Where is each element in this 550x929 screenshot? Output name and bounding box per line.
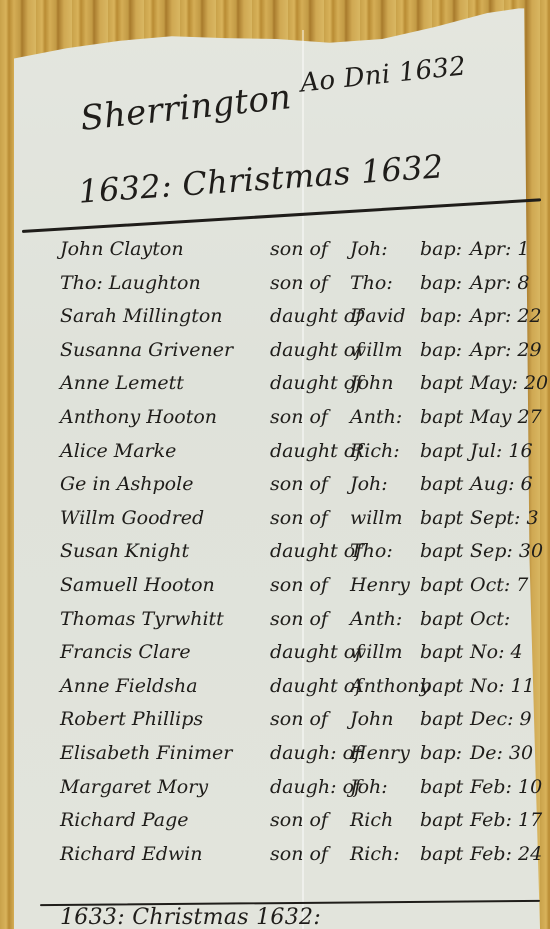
child-name: Margaret Mory — [60, 776, 208, 798]
relation: daugh: of — [270, 742, 361, 764]
parent-name: Rich: — [350, 843, 400, 865]
baptism-entries: John Claytonson ofJoh:bap:Apr: 1 Tho: La… — [60, 238, 540, 876]
entry-row: Margaret Morydaugh: ofJoh:baptFeb: 10 — [60, 776, 540, 810]
relation: son of — [270, 473, 328, 495]
relation: son of — [270, 809, 328, 831]
relation: daught of — [270, 305, 362, 327]
baptism-date: Aug: 6 — [470, 473, 533, 495]
relation: son of — [270, 507, 328, 529]
baptized-label: bapt — [420, 473, 463, 495]
baptism-date: Feb: 17 — [470, 809, 542, 831]
baptism-date: No: 4 — [470, 641, 523, 663]
baptism-date: Oct: 7 — [470, 574, 528, 596]
child-name: Alice Marke — [60, 440, 176, 462]
child-name: Elisabeth Finimer — [60, 742, 232, 764]
child-name: Richard Page — [60, 809, 189, 831]
parent-name: Rich — [350, 809, 393, 831]
parent-name: Henry — [350, 742, 410, 764]
relation: son of — [270, 708, 328, 730]
child-name: Ge in Ashpole — [60, 473, 193, 495]
baptism-date: May 27 — [470, 406, 542, 428]
entry-row: Richard Edwinson ofRich:baptFeb: 24 — [60, 843, 540, 877]
baptized-label: bap: — [420, 742, 462, 764]
baptized-label: bapt — [420, 440, 463, 462]
child-name: Susan Knight — [60, 540, 189, 562]
entry-row: Susan Knightdaught ofTho:baptSep: 30 — [60, 540, 540, 574]
relation: son of — [270, 574, 328, 596]
parent-name: Joh: — [350, 473, 388, 495]
entry-row: Anthony Hootonson ofAnth:baptMay 27 — [60, 406, 540, 440]
child-name: Susanna Grivener — [60, 339, 233, 361]
baptized-label: bapt — [420, 574, 463, 596]
relation: daught of — [270, 339, 362, 361]
parent-name: Rich: — [350, 440, 400, 462]
baptism-date: Apr: 1 — [470, 238, 530, 260]
entry-row: Robert Phillipsson ofJohnbaptDec: 9 — [60, 708, 540, 742]
entry-row: Elisabeth Finimerdaugh: ofHenrybap:De: 3… — [60, 742, 540, 776]
baptized-label: bapt — [420, 708, 463, 730]
baptism-date: Dec: 9 — [470, 708, 532, 730]
child-name: Francis Clare — [60, 641, 191, 663]
parent-name: Tho: — [350, 272, 393, 294]
child-name: Anthony Hooton — [60, 406, 217, 428]
parent-name: Anthony — [350, 675, 430, 697]
baptized-label: bapt — [420, 608, 463, 630]
relation: son of — [270, 406, 328, 428]
entry-row: Samuell Hootonson ofHenrybaptOct: 7 — [60, 574, 540, 608]
baptized-label: bapt — [420, 776, 463, 798]
baptism-date: Apr: 8 — [470, 272, 530, 294]
entry-row: Willm Goodredson ofwillmbaptSept: 3 — [60, 507, 540, 541]
entry-row: Richard Pageson ofRichbaptFeb: 17 — [60, 809, 540, 843]
parent-name: John — [350, 708, 394, 730]
baptism-date: Sept: 3 — [470, 507, 539, 529]
baptism-date: Apr: 29 — [470, 339, 542, 361]
baptized-label: bapt — [420, 675, 463, 697]
entry-row: Thomas Tyrwhittson ofAnth:baptOct: — [60, 608, 540, 642]
baptized-label: bap: — [420, 305, 462, 327]
entry-row: Susanna Grivenerdaught ofwillmbap:Apr: 2… — [60, 339, 540, 373]
parent-name: willm — [350, 641, 403, 663]
relation: daught of — [270, 440, 362, 462]
baptized-label: bapt — [420, 540, 463, 562]
entry-row: Ge in Ashpoleson ofJoh:baptAug: 6 — [60, 473, 540, 507]
child-name: John Clayton — [60, 238, 184, 260]
parent-name: John — [350, 372, 394, 394]
relation: daught of — [270, 675, 362, 697]
relation: daught of — [270, 540, 362, 562]
entry-row: Alice Markedaught ofRich:baptJul: 16 — [60, 440, 540, 474]
relation: daught of — [270, 372, 362, 394]
relation: son of — [270, 608, 328, 630]
relation: daugh: of — [270, 776, 361, 798]
relation: son of — [270, 272, 328, 294]
entry-row: Tho: Laughtonson ofTho:bap:Apr: 8 — [60, 272, 540, 306]
baptism-date: Feb: 10 — [470, 776, 542, 798]
entry-row: Francis Claredaught ofwillmbaptNo: 4 — [60, 641, 540, 675]
baptized-label: bapt — [420, 641, 463, 663]
baptized-label: bapt — [420, 406, 463, 428]
parent-name: willm — [350, 339, 403, 361]
parent-name: Anth: — [350, 608, 402, 630]
relation: son of — [270, 238, 328, 260]
baptism-date: Jul: 16 — [470, 440, 533, 462]
baptism-date: May: 20 — [470, 372, 548, 394]
child-name: Tho: Laughton — [60, 272, 201, 294]
baptism-date: Feb: 24 — [470, 843, 542, 865]
entry-row: Anne Fieldshadaught ofAnthonybaptNo: 11 — [60, 675, 540, 709]
entry-row: John Claytonson ofJoh:bap:Apr: 1 — [60, 238, 540, 272]
parent-name: Tho: — [350, 540, 393, 562]
relation: daught of — [270, 641, 362, 663]
baptism-date: De: 30 — [470, 742, 533, 764]
entry-row: Anne Lemettdaught ofJohnbaptMay: 20 — [60, 372, 540, 406]
baptized-label: bapt — [420, 843, 463, 865]
child-name: Sarah Millington — [60, 305, 223, 327]
baptized-label: bapt — [420, 372, 463, 394]
child-name: Robert Phillips — [60, 708, 203, 730]
baptized-label: bap: — [420, 272, 462, 294]
child-name: Willm Goodred — [60, 507, 204, 529]
relation: son of — [270, 843, 328, 865]
parent-name: Henry — [350, 574, 410, 596]
baptism-date: Sep: 30 — [470, 540, 543, 562]
baptism-date: No: 11 — [470, 675, 535, 697]
parent-name: Joh: — [350, 776, 388, 798]
child-name: Thomas Tyrwhitt — [60, 608, 224, 630]
child-name: Anne Fieldsha — [60, 675, 198, 697]
footer-year-line: 1633: Christmas 1632: — [60, 905, 321, 929]
baptized-label: bap: — [420, 238, 462, 260]
baptized-label: bapt — [420, 507, 463, 529]
child-name: Anne Lemett — [60, 372, 184, 394]
baptism-date: Oct: — [470, 608, 510, 630]
baptism-date: Apr: 22 — [470, 305, 542, 327]
parent-name: David — [350, 305, 406, 327]
entry-row: Sarah Millingtondaught ofDavidbap:Apr: 2… — [60, 305, 540, 339]
baptized-label: bap: — [420, 339, 462, 361]
baptized-label: bapt — [420, 809, 463, 831]
child-name: Richard Edwin — [60, 843, 202, 865]
parent-name: Joh: — [350, 238, 388, 260]
parent-name: willm — [350, 507, 403, 529]
child-name: Samuell Hooton — [60, 574, 215, 596]
parent-name: Anth: — [350, 406, 402, 428]
